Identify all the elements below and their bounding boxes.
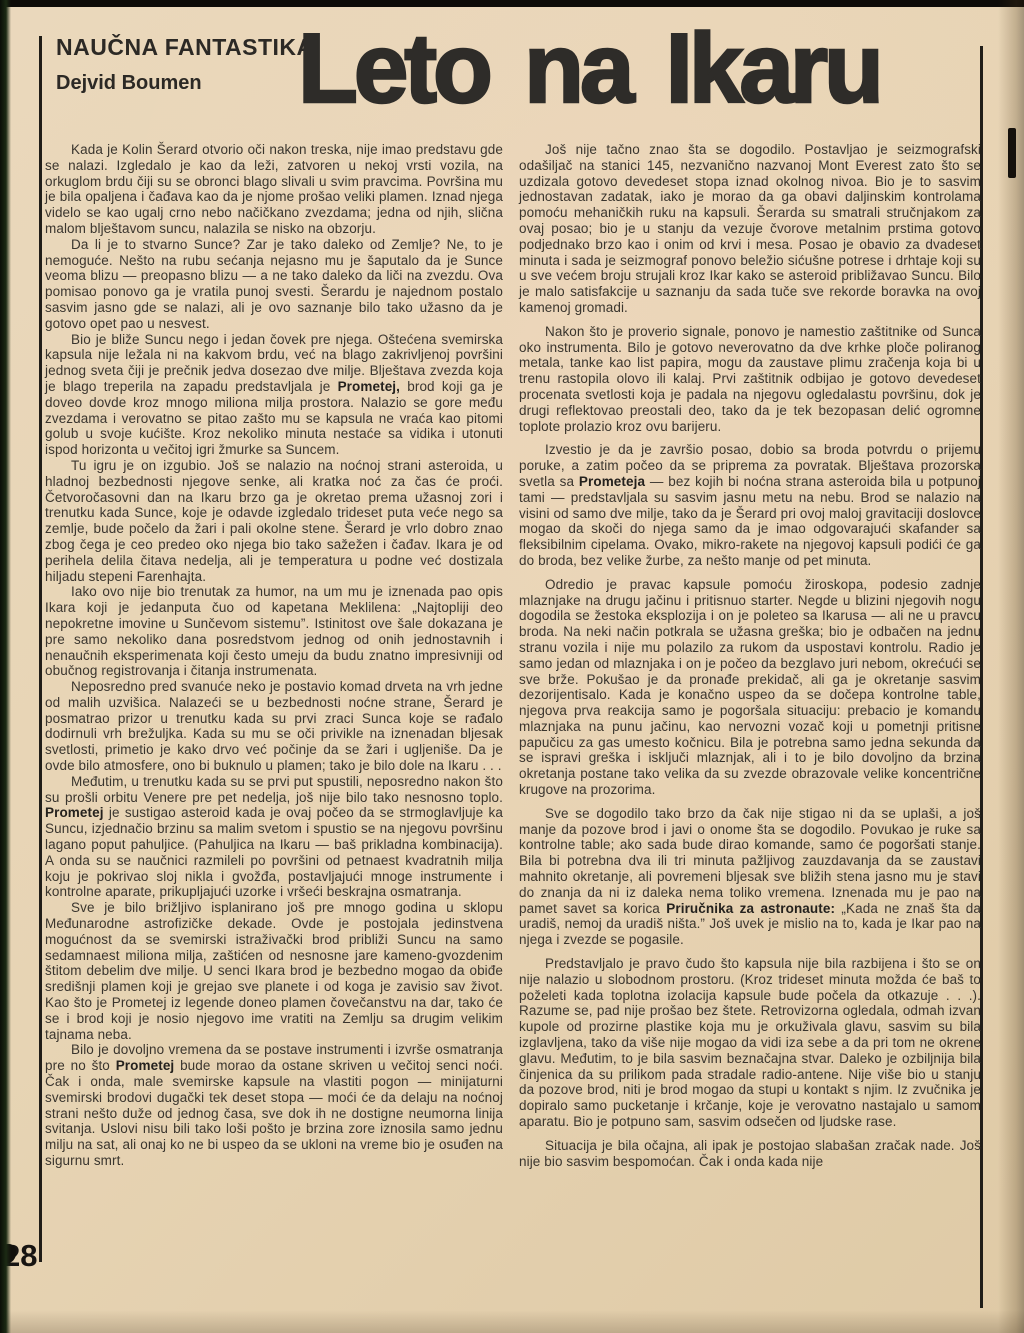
paragraph: Da li je to stvarno Sunce? Zar je tako d…	[45, 237, 503, 332]
margin-ink-bar	[1008, 128, 1016, 178]
column-rule-left	[39, 36, 42, 1262]
paragraph: Sve je bilo brižljivo isplanirano još pr…	[45, 900, 503, 1042]
paragraph: Iako ovo nije bio trenutak za humor, na …	[45, 584, 503, 679]
paragraph: Bilo je dovoljno vremena da se postave i…	[45, 1042, 503, 1168]
paragraph: Situacija je bila očajna, ali ipak je po…	[519, 1138, 981, 1170]
page-edge-top	[0, 0, 1024, 7]
text-column-right: Još nije tačno znao šta se dogodilo. Pos…	[519, 142, 981, 1169]
paragraph: Neposredno pred svanuće neko je postavio…	[45, 679, 503, 774]
paragraph: Još nije tačno znao šta se dogodilo. Pos…	[519, 142, 981, 316]
paragraph: Kada je Kolin Šerard otvorio oči nakon t…	[45, 142, 503, 237]
paragraph: Nakon što je proverio signale, ponovo je…	[519, 324, 981, 435]
magazine-page: NAUČNA FANTASTIKA Dejvid Boumen Leto na …	[0, 0, 1024, 1333]
paragraph: Odredio je pravac kapsule pomoću žirosko…	[519, 577, 981, 798]
story-title: Leto na Ikaru	[298, 12, 880, 125]
paragraph: Predstavljalo je pravo čudo što kapsula …	[519, 956, 981, 1130]
text-column-left: Kada je Kolin Šerard otvorio oči nakon t…	[45, 142, 503, 1169]
section-kicker: NAUČNA FANTASTIKA	[56, 34, 314, 61]
page-edge-left	[0, 0, 11, 1333]
paragraph: Tu igru je on izgubio. Još se nalazio na…	[45, 458, 503, 584]
paragraph: Sve se dogodilo tako brzo da čak nije st…	[519, 806, 981, 948]
page-edge-bottom	[0, 1310, 1024, 1333]
paragraph: Izvestio je da je završio posao, dobio s…	[519, 442, 981, 568]
author-name: Dejvid Boumen	[56, 72, 202, 95]
page-edge-right	[998, 0, 1024, 1333]
paragraph: Bio je bliže Suncu nego i jedan čovek pr…	[45, 332, 503, 458]
paragraph: Međutim, u trenutku kada su se prvi put …	[45, 774, 503, 900]
